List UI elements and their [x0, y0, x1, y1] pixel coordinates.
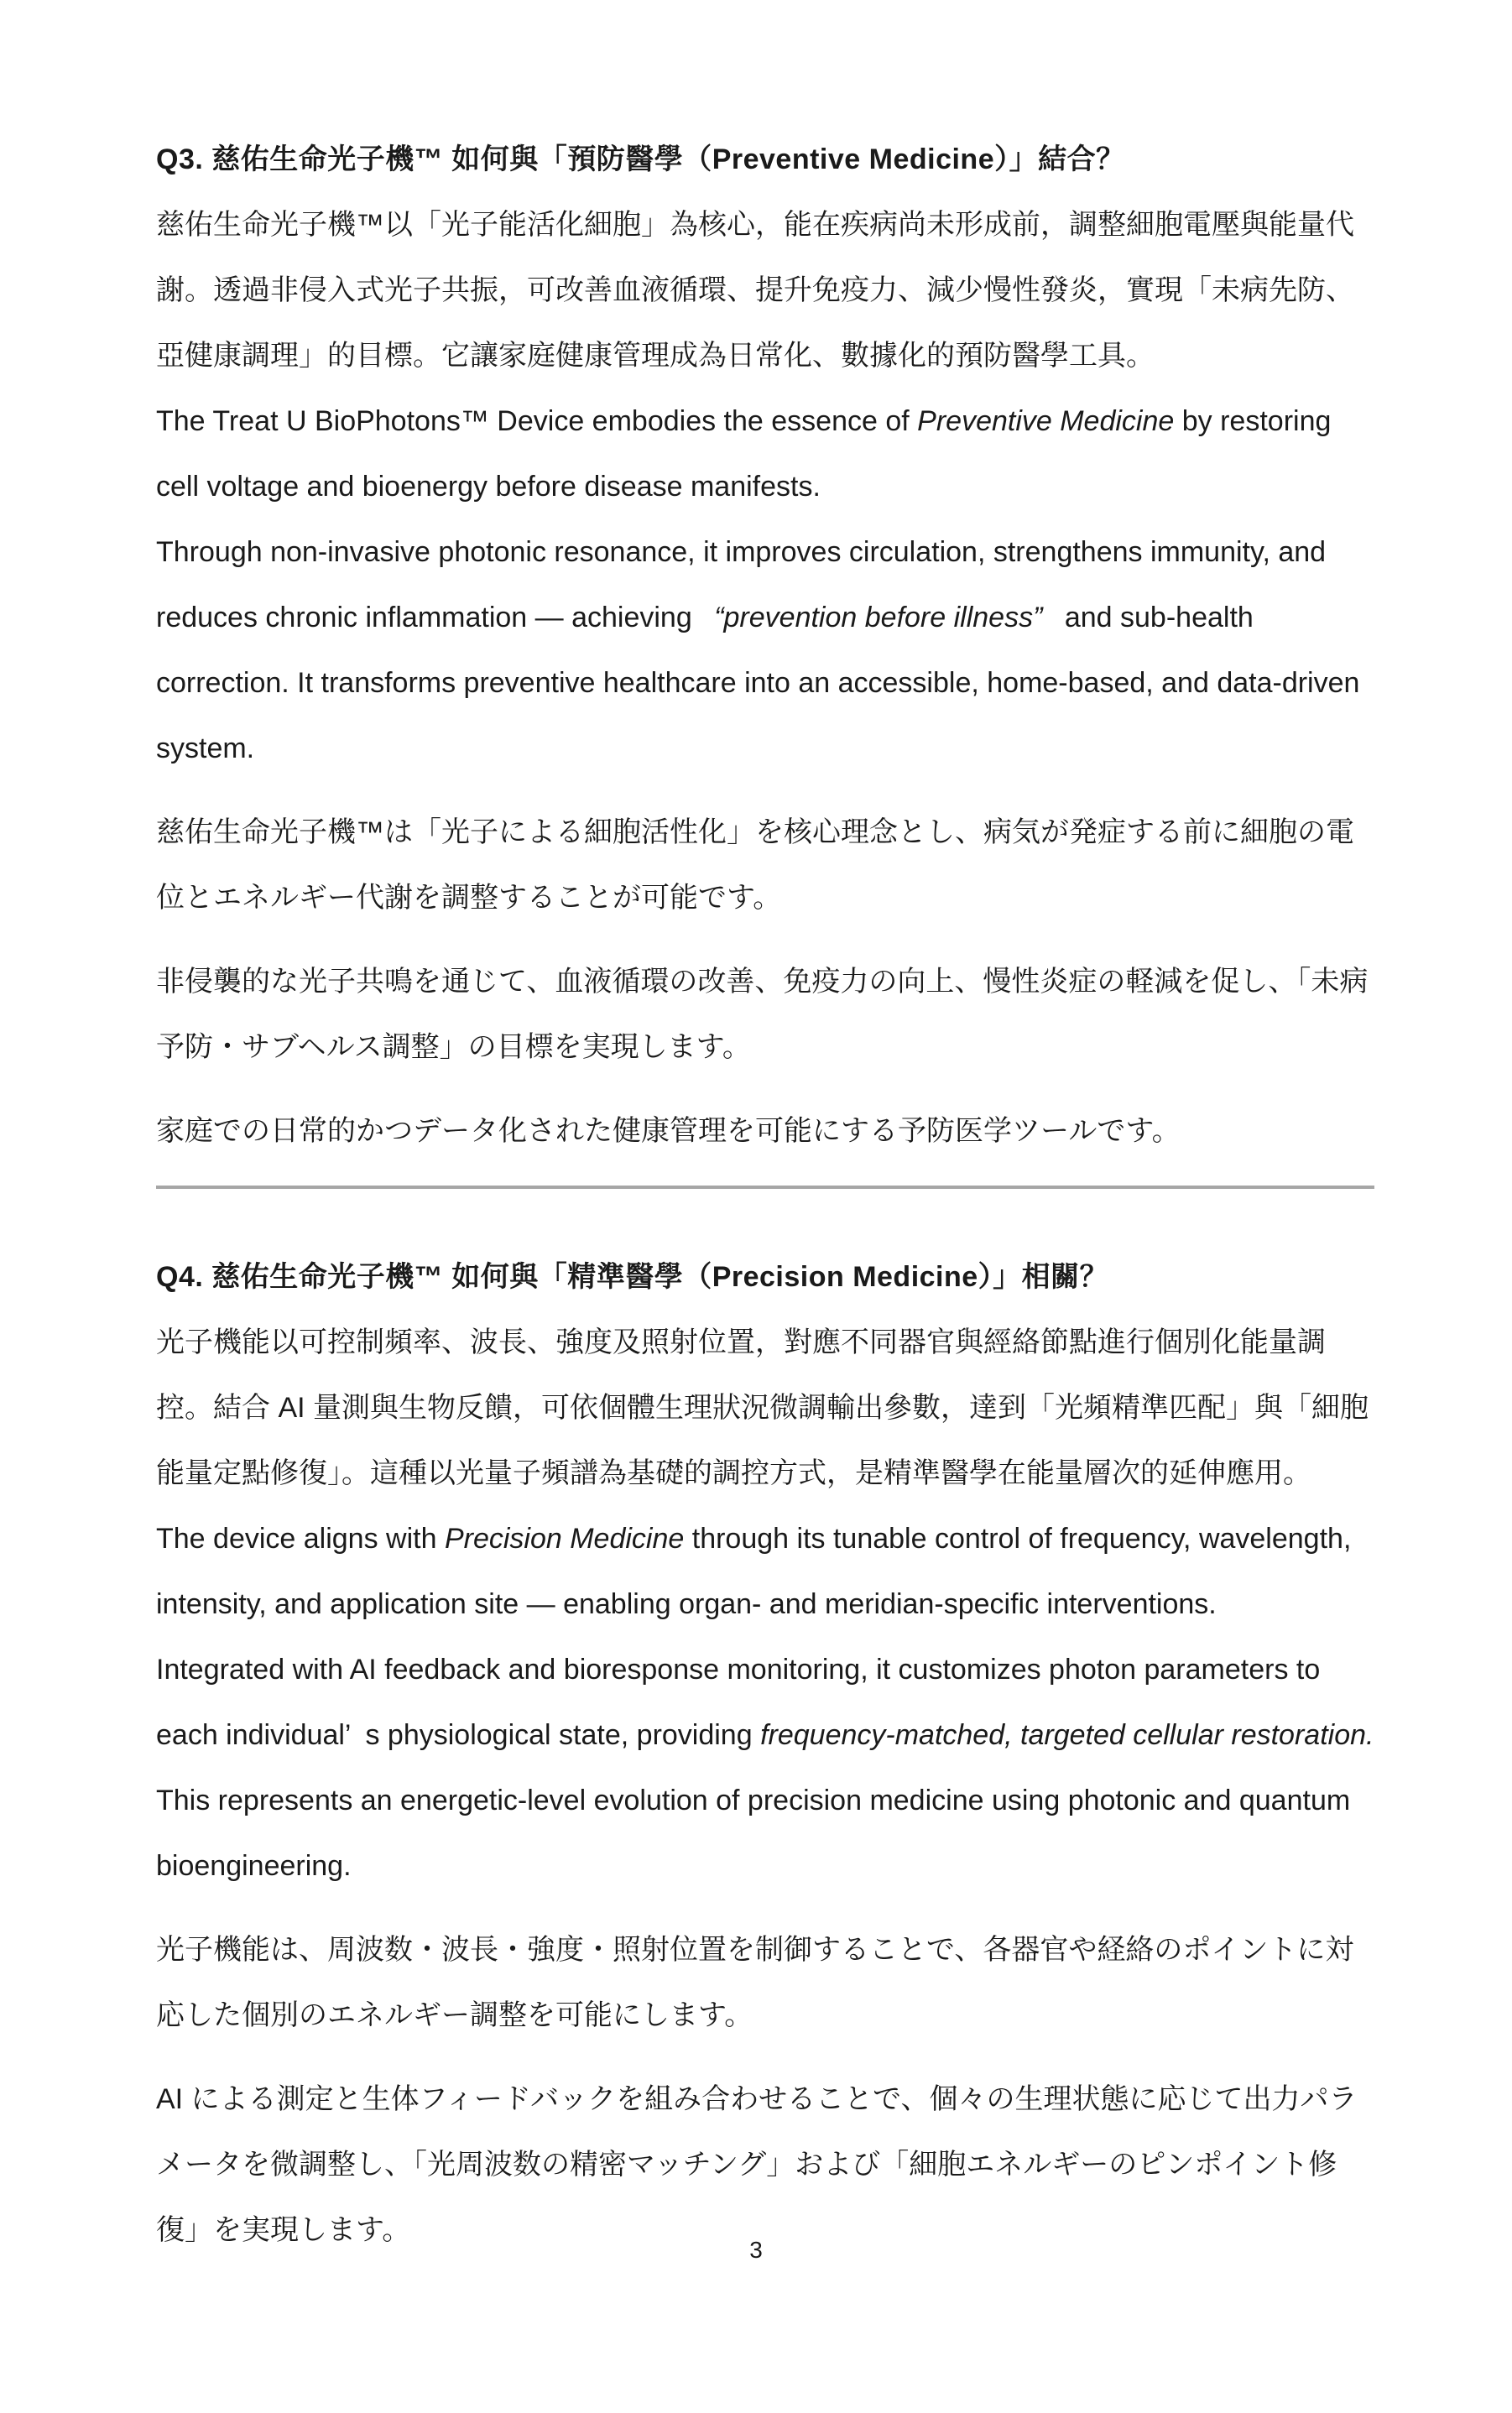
- q3-heading: Q3. 慈佑生命光子機™ 如何與「預防醫學（Preventive Medicin…: [156, 127, 1374, 192]
- q4-zh-paragraph: 光子機能以可控制頻率、波長、強度及照射位置，對應不同器官與經絡節點進行個別化能量…: [156, 1310, 1374, 1506]
- q3-ja-paragraph-1: 慈佑生命光子機™は「光子による細胞活性化」を核心理念とし、病気が発症する前に細胞…: [156, 800, 1374, 930]
- q3-en-p1-run-1: The Treat U BioPhotons™ Device embodies …: [156, 405, 917, 437]
- q4-en-p1-italic-phrase: Precision Medicine: [445, 1523, 684, 1555]
- q3-en-p1-italic-phrase: Preventive Medicine: [917, 405, 1174, 437]
- q3-ja-paragraph-3: 家庭での日常的かつデータ化された健康管理を可能にする予防医学ツールです。: [156, 1098, 1374, 1164]
- q4-en-paragraph-2: Integrated with AI feedback and biorespo…: [156, 1637, 1374, 1899]
- q3-en-paragraph-2: Through non-invasive photonic resonance,…: [156, 519, 1374, 781]
- document-content: Q3. 慈佑生命光子機™ 如何與「預防醫學（Preventive Medicin…: [156, 127, 1374, 2263]
- page-number: 3: [0, 2233, 1512, 2267]
- q3-en-paragraph-1: The Treat U BioPhotons™ Device embodies …: [156, 388, 1374, 519]
- q4-en-p2-run-3: This represents an energetic-level evolu…: [156, 1785, 1350, 1882]
- section-divider: [156, 1186, 1374, 1189]
- q3-section: Q3. 慈佑生命光子機™ 如何與「預防醫學（Preventive Medicin…: [156, 127, 1374, 1164]
- q3-ja-paragraph-2: 非侵襲的な光子共鳴を通じて、血液循環の改善、免疫力の向上、慢性炎症の軽減を促し、…: [156, 949, 1374, 1080]
- q4-en-p2-italic-phrase: frequency-matched, targeted cellular res…: [760, 1719, 1374, 1751]
- q4-en-p1-run-1: The device aligns with: [156, 1523, 445, 1555]
- q4-heading: Q4. 慈佑生命光子機™ 如何與「精準醫學（Precision Medicine…: [156, 1244, 1374, 1310]
- q4-ja-paragraph-1: 光子機能は、周波数・波長・強度・照射位置を制御することで、各器官や経絡のポイント…: [156, 1917, 1374, 2048]
- q3-en-p2-italic-phrase: “prevention before illness”: [714, 602, 1042, 633]
- q3-zh-paragraph: 慈佑生命光子機™以「光子能活化細胞」為核心，能在疾病尚未形成前，調整細胞電壓與能…: [156, 192, 1374, 388]
- q4-en-paragraph-1: The device aligns with Precision Medicin…: [156, 1506, 1374, 1637]
- q4-section: Q4. 慈佑生命光子機™ 如何與「精準醫學（Precision Medicine…: [156, 1244, 1374, 2263]
